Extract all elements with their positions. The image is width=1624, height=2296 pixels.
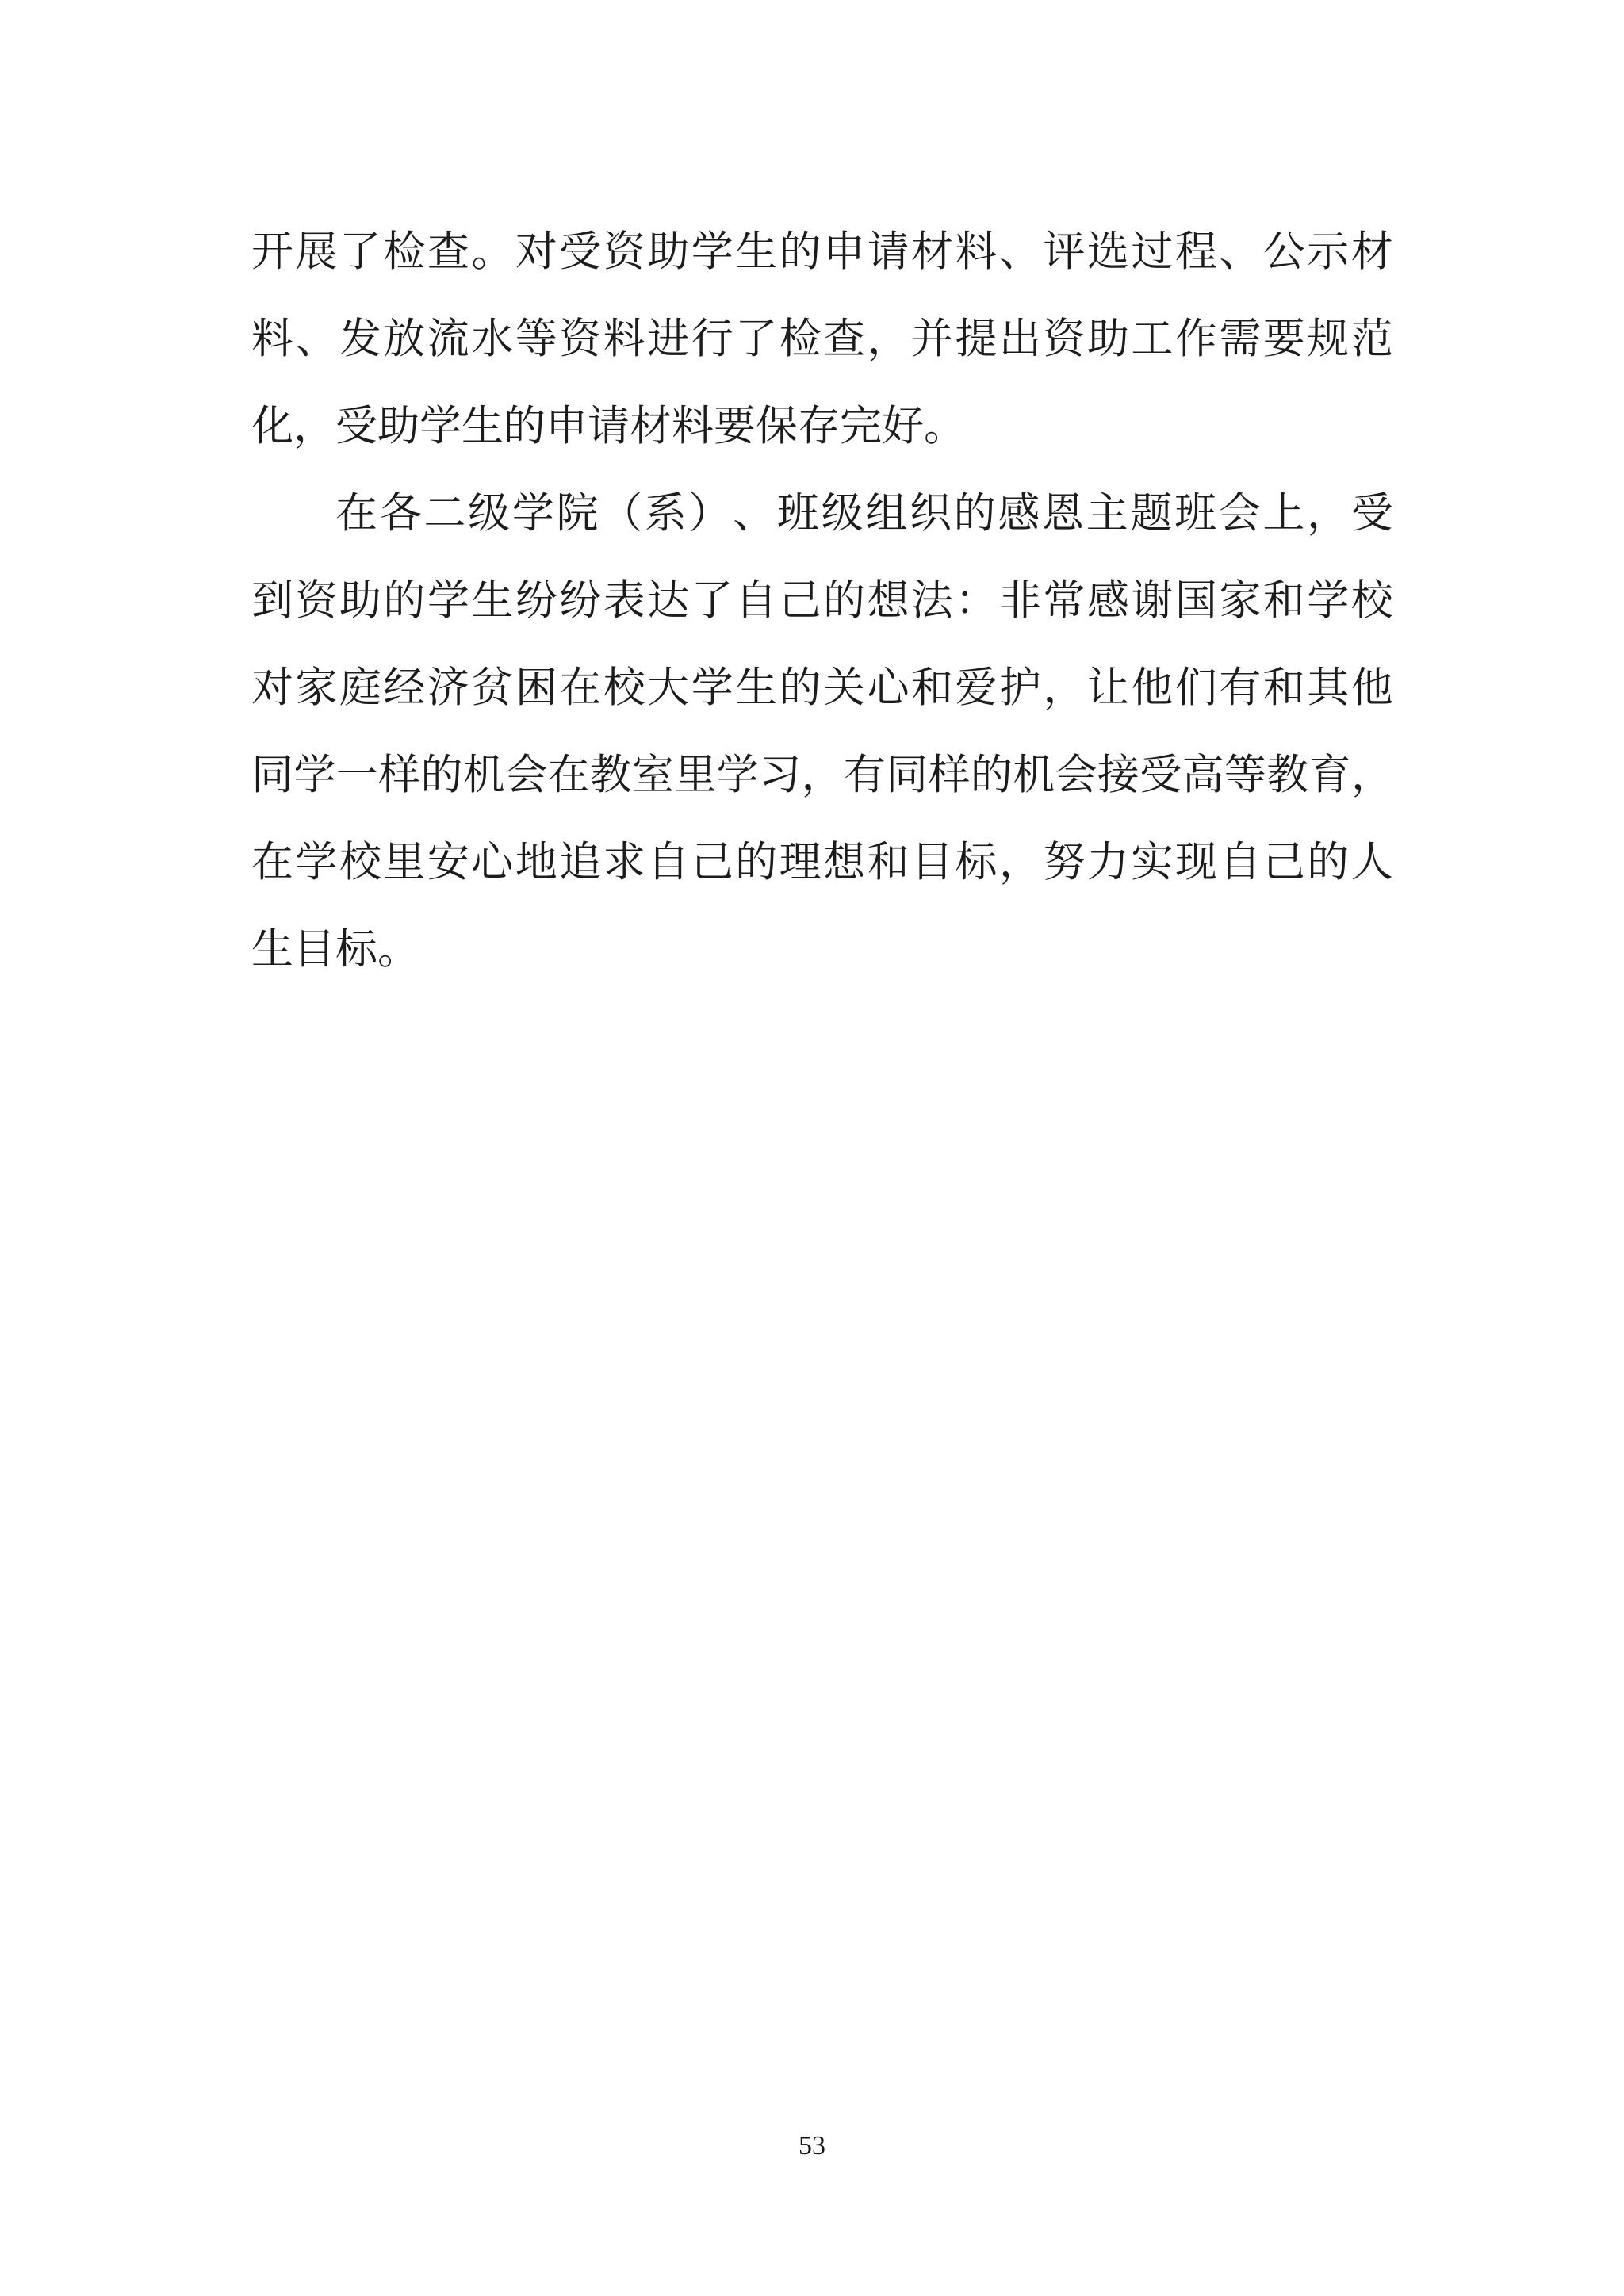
- text-block: 开展了检查。对受资助学生的申请材料、评选过程、公示材 料、发放流水等资料进行了检…: [251, 205, 1393, 989]
- paragraph-line: 化，受助学生的申请材料要保存完好。: [251, 379, 1393, 466]
- paragraph-line: 在各二级学院（系）、班级组织的感恩主题班会上，受: [251, 466, 1393, 553]
- paragraph-line: 开展了检查。对受资助学生的申请材料、评选过程、公示材: [251, 205, 1393, 292]
- paragraph-line: 生目标。: [251, 902, 1393, 989]
- paragraph-line: 料、发放流水等资料进行了检查，并提出资助工作需要规范: [251, 292, 1393, 379]
- document-page: 开展了检查。对受资助学生的申请材料、评选过程、公示材 料、发放流水等资料进行了检…: [0, 0, 1624, 2296]
- page-number: 53: [0, 2131, 1624, 2161]
- paragraph-line: 同学一样的机会在教室里学习，有同样的机会接受高等教育，: [251, 728, 1393, 815]
- paragraph-line: 对家庭经济贫困在校大学生的关心和爱护，让他们有和其他: [251, 641, 1393, 728]
- paragraph-line: 在学校里安心地追求自己的理想和目标，努力实现自己的人: [251, 815, 1393, 902]
- paragraph-line: 到资助的学生纷纷表达了自己的想法：非常感谢国家和学校: [251, 553, 1393, 641]
